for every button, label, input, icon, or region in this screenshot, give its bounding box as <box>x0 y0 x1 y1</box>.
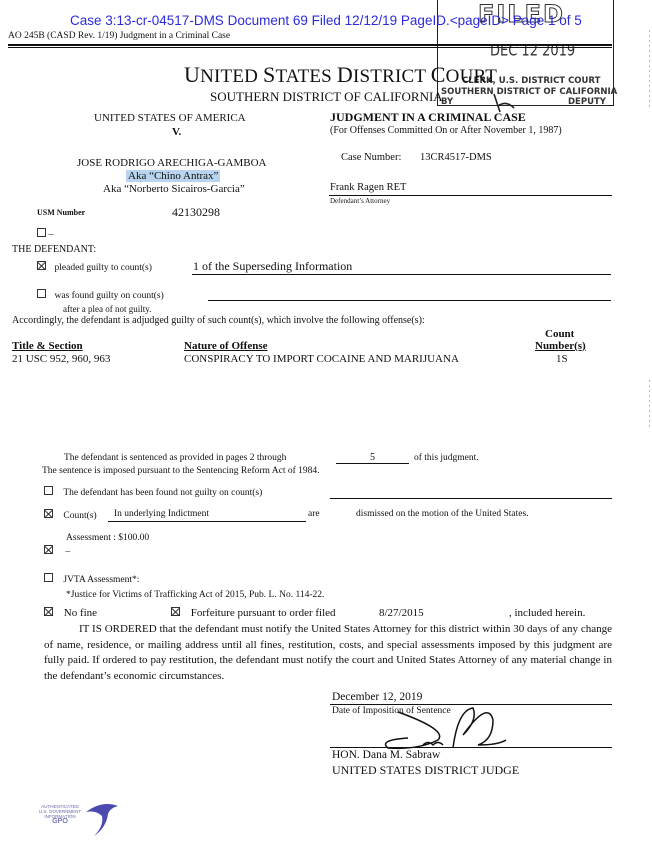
not-guilty-row: The defendant has been found not guilty … <box>44 486 262 498</box>
gpo-word: GPO <box>30 819 90 824</box>
no-fine-checkbox[interactable] <box>44 607 53 616</box>
usm-number: 42130298 <box>172 205 220 220</box>
stamp-deputy: DEPUTY <box>568 97 606 107</box>
versus: V. <box>172 126 181 138</box>
forfeiture-date: 8/27/2015 <box>379 607 424 619</box>
case-number-label: Case Number: <box>341 152 401 163</box>
eagle-icon <box>82 800 122 840</box>
defendant-aka-1: Aka “Chino Antrax” <box>126 170 220 182</box>
ordered-paragraph: IT IS ORDERED that the defendant must no… <box>44 622 612 684</box>
pleaded-guilty-value: 1 of the Superseding Information <box>193 259 352 274</box>
forfeiture-checkbox[interactable] <box>171 607 180 616</box>
pages-text-before: The defendant is sentenced as provided i… <box>64 453 286 463</box>
usm-label: USM Number <box>37 208 85 217</box>
judge-title: UNITED STATES DISTRICT JUDGE <box>332 763 519 778</box>
assessment-text: Assessment : $100.00 <box>66 533 149 543</box>
blank-option-row: – <box>37 228 54 240</box>
judgment-subtitle: (For Offenses Committed On or After Nove… <box>330 125 562 136</box>
defendant-aka-2: Aka “Norberto Sicairos-Garcia” <box>103 183 245 195</box>
no-fine-row: No fine <box>44 607 97 619</box>
assessment-row: – <box>44 545 70 557</box>
header-rule <box>8 44 612 46</box>
pleaded-guilty-rule <box>192 274 611 275</box>
included-herein: , included herein. <box>509 607 585 619</box>
form-id: AO 245B (CASD Rev. 1/19) Judgment in a C… <box>8 31 230 41</box>
col-header-count-bottom: Number(s) <box>535 340 586 352</box>
judgment-title: JUDGMENT IN A CRIMINAL CASE <box>330 110 526 125</box>
found-guilty-rule <box>208 300 611 301</box>
found-guilty-row: was found guilty on count(s) <box>37 289 164 301</box>
found-guilty-checkbox[interactable] <box>37 289 46 298</box>
pleaded-guilty-row: pleaded guilty to count(s) <box>37 261 152 273</box>
col-header-nature: Nature of Offense <box>184 340 268 352</box>
attorney-label: Defendant’s Attorney <box>330 197 390 205</box>
not-guilty-rule <box>330 498 612 499</box>
accordingly-text: Accordingly, the defendant is adjudged g… <box>12 315 425 326</box>
case-number: 13CR4517-DMS <box>420 152 492 163</box>
court-district: SOUTHERN DISTRICT OF CALIFORNIA <box>210 89 443 105</box>
attorney-name: Frank Ragen RET <box>330 182 406 193</box>
attorney-rule <box>329 195 612 196</box>
counts-dismissed-checkbox[interactable] <box>44 509 53 518</box>
col-header-title-section: Title & Section <box>12 340 83 352</box>
table-row-title-section: 21 USC 952, 960, 963 <box>12 353 110 365</box>
found-guilty-note: after a plea of not guilty. <box>63 304 151 314</box>
pages-value: 5 <box>370 452 375 463</box>
defendant-heading: THE DEFENDANT: <box>12 244 96 255</box>
blank-checkbox[interactable] <box>37 228 46 237</box>
not-guilty-checkbox[interactable] <box>44 486 53 495</box>
counts-dismissed-text: dismissed on the motion of the United St… <box>356 509 529 519</box>
defendant-name: JOSE RODRIGO ARECHIGA-GAMBOA <box>77 157 266 169</box>
judge-signature-rule <box>330 747 612 748</box>
col-header-count-top: Count <box>545 328 574 340</box>
jvta-note: *Justice for Victims of Trafficking Act … <box>66 590 324 600</box>
table-row-nature: CONSPIRACY TO IMPORT COCAINE AND MARIJUA… <box>184 353 459 365</box>
stamp-district-line: SOUTHERN DISTRICT OF CALIFORNIA <box>441 87 617 97</box>
jvta-checkbox[interactable] <box>44 573 53 582</box>
reform-act-text: The sentence is imposed pursuant to the … <box>42 466 320 476</box>
plaintiff: UNITED STATES OF AMERICA <box>94 112 246 124</box>
header-rule-thin <box>8 47 612 48</box>
assessment-checkbox[interactable] <box>44 545 53 554</box>
scan-artifact <box>649 380 650 430</box>
table-row-count: 1S <box>556 353 568 365</box>
counts-dismissed-row: Count(s) <box>44 509 97 521</box>
gpo-authentication-logo: AUTHENTICATED U.S. GOVERNMENT INFORMATIO… <box>30 800 120 840</box>
court-title: UNITED STATES DISTRICT COURT <box>184 62 497 88</box>
pages-rule <box>336 463 409 464</box>
counts-value: In underlying Indictment <box>114 509 209 519</box>
counts-are: are <box>308 509 320 519</box>
forfeiture-row: Forfeiture pursuant to order filed <box>171 607 336 619</box>
scan-artifact <box>649 30 650 110</box>
counts-rule <box>108 521 306 522</box>
judge-name: HON. Dana M. Sabraw <box>332 749 440 761</box>
case-banner: Case 3:13-cr-04517-DMS Document 69 Filed… <box>70 13 582 28</box>
jvta-row: JVTA Assessment*: <box>44 573 139 585</box>
pleaded-guilty-checkbox[interactable] <box>37 261 46 270</box>
pages-text-after: of this judgment. <box>414 453 479 463</box>
